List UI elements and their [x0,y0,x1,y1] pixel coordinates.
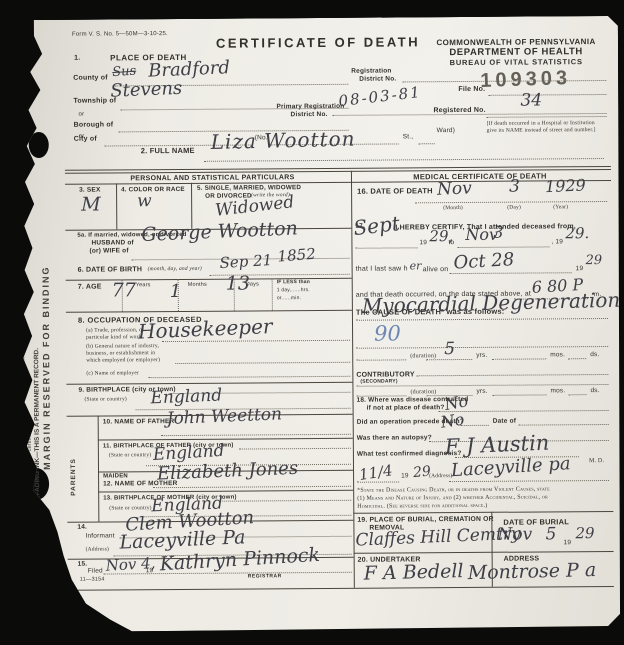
signature-date-entry: 11/4 [358,463,394,483]
row-rule [66,310,352,313]
from-line [355,247,417,248]
spouse-label2: HUSBAND of [91,240,133,247]
death-day-entry: 3 [509,179,520,196]
physician-signature: F J Austin [444,433,549,458]
months-label: Months [188,283,207,289]
dob-label2: (month, day, and year) [148,267,202,273]
physician-address-line [449,480,609,482]
township-entry: Stevens [110,80,183,101]
form-number: Form V. S. No. 5—50M—3-10-25. [72,31,168,38]
full-name-line [204,158,604,162]
print-code: 11—3154 [80,578,105,584]
lastsaw-text1: that I last saw h [356,265,408,272]
year19-printed: 19 [576,266,584,273]
registrar-label: REGISTRAR [248,574,282,579]
ds-label: ds. [590,352,599,359]
margin-note-binding: MARGIN RESERVED FOR BINDING [41,168,51,470]
ds-label2: ds. [590,388,599,395]
death-year-entry: 1929 [545,177,586,195]
primary-registration-label1: Primary Registration [276,104,344,111]
q18-label2: if not at place of death? [367,405,445,412]
mother-entry: Elizabeth Jones [157,460,299,484]
certificate-paper: N. B.—Every item of information should b… [18,16,622,632]
date-of-label: Date of [493,419,516,426]
cause-code-entry: 90 [374,323,401,344]
year-label: (Year) [553,205,568,211]
ifless-label1: IF LESS than [277,280,310,285]
ifless-label2: 1 day,......hrs. [277,288,310,293]
cause-line1 [356,318,608,321]
to-year-entry: 29. [565,226,589,241]
cause-of-death-entry: Myocardial Degeneration [362,290,621,316]
lastsaw-er-entry: er [410,260,422,271]
registered-no-entry: 34 [520,92,542,109]
footnote-line2: (1) Means and Nature of Injury, and (2) … [357,494,548,501]
maiden-label: MAIDEN [103,473,128,479]
cause-line2 [356,346,608,349]
year19-printed: , 19 [551,239,563,246]
md-label: M. D. [589,458,604,464]
filed-label: Filed [88,569,103,576]
county-entry: Bradford [148,59,230,80]
years-label: Years [136,283,151,289]
duration2-line [568,394,586,395]
occupation-entry: Housekeeper [138,316,273,342]
county-label: County of [73,74,108,81]
mother-birthplace-label2: (State or country) [109,506,151,512]
street-label: St., [403,134,414,141]
year19-printed: 19 [564,540,572,547]
informant-label: Informant [85,533,114,540]
row-rule [98,490,353,493]
autopsy-label: Was there an autopsy? [357,435,432,442]
margin-note-nb1: N. B.—Every item of information should b… [13,78,24,570]
burial-year-entry: 29 [575,526,594,541]
duration-line [568,358,586,359]
contributory-line1 [416,374,608,376]
undertaker-entry: F A Bedell [364,562,464,583]
race-entry: w [137,193,152,210]
margin-note-nb2: CAUSE OF DEATH in plain terms, so that i… [20,116,31,568]
year19-printed: 19 [401,473,409,480]
mos-label2: mos. [550,388,565,395]
agency-line2: DEPARTMENT OF HEALTH [418,47,614,58]
burial-date-entry: Nov 5 [497,526,556,543]
primary-district-entry: 08-03-81 [338,85,423,109]
cell-divider [116,183,117,229]
race-label: 4. COLOR OR RACE [121,187,185,194]
ward-label: Ward) [437,128,455,135]
father-entry: John Weetton [166,406,282,428]
filed-number: 15. [78,562,88,569]
occupation-b3: which employed (or employer) [86,358,160,364]
registration-label2: District No. [359,76,396,83]
day-label: (Day) [507,206,521,212]
duration-line [492,358,546,359]
duration2-line [492,394,546,395]
duration-lead-line [356,359,406,360]
mos-label: mos. [550,352,565,359]
father-birthplace-label2: (State or country) [109,453,151,459]
registration-label1: Registration [351,68,391,75]
operation-date-line [519,424,609,426]
parents-label: PARENTS [71,442,79,496]
age-label: 7. AGE [78,284,102,291]
full-name-label: 2. FULL NAME [141,147,195,155]
marital-label1: 5. SINGLE, MARRIED, WIDOWED [197,185,301,192]
parents-box-divider [98,416,100,522]
lastsaw-text2: alive on [423,266,449,273]
spouse-label3: (or) WIFE of [89,248,128,255]
burial-place-label1: 19. PLACE OF BURIAL, CREMATION OR [357,517,493,525]
to-line [457,246,549,248]
spouse-entry: George Wootton [141,219,298,245]
page-title: CERTIFICATE OF DEATH [188,35,448,50]
scanned-death-certificate: N. B.—Every item of information should b… [0,0,624,645]
county-struck-entry: Sus [112,65,137,79]
burial-place-entry: Claffes Hill Cemtry [355,526,521,550]
hospital-note: [If death occurred in a Hospital or Inst… [487,120,605,136]
physician-address-entry: Laceyville pa [451,455,572,480]
mother-birthplace-line1 [219,500,351,502]
primary-registration-label2: District No. [291,112,328,119]
full-name-entry: Liza Wootton [210,128,355,152]
or-label: or [79,112,85,118]
death-month-entry: Nov [437,180,472,198]
date-of-death-line [415,201,607,203]
undertaker-address-entry: Montrose P a [468,561,597,583]
date-of-death-label: 16. DATE OF DEATH [357,187,433,195]
occupation-b-line [175,362,350,364]
year19-printed: 19 [419,240,427,247]
dob-year-entry: 1852 [277,247,316,265]
birthplace-entry: England [150,387,222,407]
duration-entry: 5 [444,341,455,358]
section1-number: 1. [74,55,80,62]
ifless-label3: or......min. [277,296,301,301]
agency-line3: BUREAU OF VITAL STATISTICS [418,58,614,67]
file-no-label: File No. [458,86,485,93]
undertaker-rule [354,551,614,554]
city-label: City of [74,136,97,143]
bottom-rule [68,586,614,591]
to-label: to [448,240,454,247]
yrs-label: yrs. [476,353,487,360]
lastsaw-date-entry: Oct 28 [453,251,515,273]
registered-no-label: Registered No. [433,107,485,114]
registered-no-line [487,116,607,118]
burial-rule [353,511,613,514]
duration-line [426,359,472,360]
attended-from-entry: Sept [352,213,400,238]
age-days-entry: 13 [226,274,250,293]
informant-address-label: (Address) [86,547,110,553]
sex-entry: M [81,196,101,215]
operation-line [461,425,489,426]
mother-line [153,486,351,488]
dob-entry: Sep 21 [219,253,272,271]
age-months-entry: 1 [170,283,182,301]
father-birthplace-line1 [239,448,351,450]
yrs-label2: yrs. [476,389,487,396]
footnote-line1: *State the Disease Causing Death, or in … [357,486,550,493]
row-rule [66,382,352,385]
occupation-a1: (a) Trade, profession, or [86,328,144,334]
month-label: (Month) [443,206,463,212]
address-label: (Address) [429,474,453,480]
father-line [161,434,351,436]
occupation-c-line [148,376,350,378]
age-cell-divider [272,278,273,310]
informant-number: 14. [77,525,87,532]
occupation-c: (c) Name of employer [86,371,139,377]
birthplace-label2: (State or country) [85,397,127,403]
row-rule [98,438,353,441]
dob-label: 6. DATE OF BIRTH [78,266,143,273]
borough-label: Borough of [74,121,114,128]
father-label: 10. NAME OF FATHER [103,419,175,426]
footnote-line3: Homicidal. (See reverse side for additio… [357,503,487,510]
occupation-a2: particular kind of work [86,335,142,341]
operation-answer-entry: No [440,411,466,430]
signature-date-line [357,481,399,482]
lastsaw-year-entry: 29 [586,254,603,267]
file-no-line [488,94,606,96]
secondary-label: (SECONDARY) [360,379,397,384]
to-day-entry: 3 [493,225,503,241]
age-years-entry: 77 [112,281,136,300]
ward-line [419,143,435,144]
